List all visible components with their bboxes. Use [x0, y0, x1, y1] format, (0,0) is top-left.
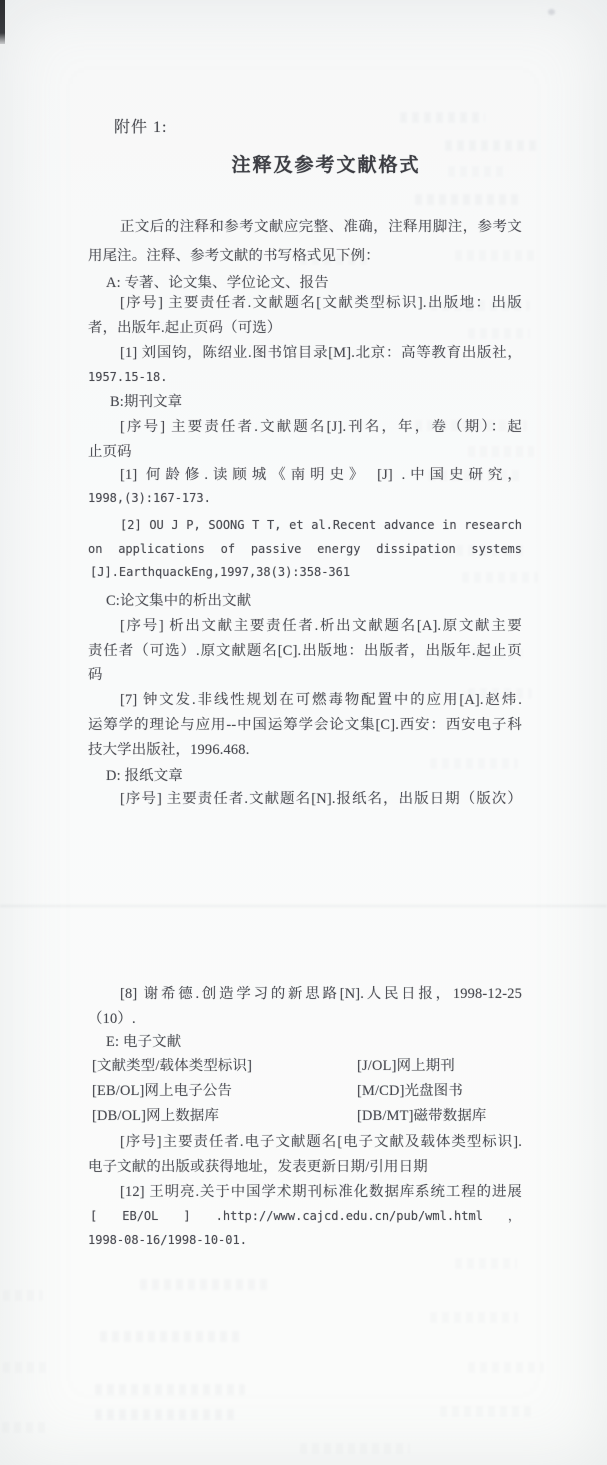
text-line: [EB/OL]网上电子公告 [92, 1081, 232, 1102]
text-line: B:期刊文章 [110, 392, 182, 413]
bleed-through-artifact [455, 1258, 517, 1269]
text-line: [序号] 主要责任者.文献题名[N].报纸名，出版日期（版次） [120, 789, 522, 810]
bleed-through-artifact [100, 1331, 242, 1342]
text-line: 1998-08-16/1998-10-01. [88, 1231, 247, 1252]
bleed-through-artifact [415, 194, 523, 205]
text-line: on applications of passive energy dissip… [88, 540, 522, 561]
bleed-through-artifact [430, 758, 518, 769]
bleed-through-artifact [468, 328, 530, 339]
text-line: 1998,(3):167-173. [88, 489, 211, 510]
text-line: 码 [88, 665, 103, 686]
text-line: [2] OU J P, SOONG T T, et al.Recent adva… [120, 516, 522, 537]
bleed-through-artifact [462, 572, 538, 583]
bleed-through-artifact [3, 1362, 47, 1373]
text-line: 1957.15-18. [88, 368, 167, 389]
text-line: [文献类型/载体类型标识] [92, 1056, 252, 1077]
text-line: [序号]主要责任者.电子文献题名[电子文献及载体类型标识]. [120, 1132, 522, 1153]
text-line: [序号] 主要责任者.文献题名[文献类型标识].出版地：出版 [120, 293, 522, 314]
text-line: [7] 钟文发.非线性规划在可燃毒物配置中的应用[A].赵炜. [120, 690, 522, 711]
text-line: 责任者（可选）.原文献题名[C].出版地：出版者，出版年.起止页 [88, 641, 522, 662]
text-line: 运筹学的理论与应用--中国运筹学会论文集[C].西安：西安电子科 [88, 715, 522, 736]
bleed-through-artifact [140, 1279, 268, 1290]
fold-crease [0, 905, 607, 907]
bleed-through-artifact [468, 446, 534, 457]
text-line: [J/OL]网上期刊 [357, 1056, 455, 1077]
text-line: C:论文集中的析出文献 [106, 591, 251, 612]
text-line: 用尾注。注释、参考文献的书写格式见下例： [88, 246, 380, 267]
bleed-through-artifact [95, 1409, 235, 1420]
text-line: 止页码 [88, 442, 132, 463]
text-line: [ EB/OL ] .http://www.cajcd.edu.cn/pub/w… [90, 1207, 520, 1228]
bleed-through-artifact [455, 250, 535, 261]
bleed-through-artifact [440, 1406, 536, 1417]
text-line: [12] 王明亮.关于中国学术期刊标准化数据库系统工程的进展 [120, 1182, 522, 1203]
text-line: [序号] 析出文献主要责任者.析出文献题名[A].原文献主要 [120, 616, 522, 637]
bleed-through-artifact [95, 1384, 245, 1395]
scan-speck [548, 9, 555, 15]
text-line: 电子文献的出版或获得地址，发表更新日期/引用日期 [88, 1157, 428, 1178]
bleed-through-artifact [300, 1443, 410, 1454]
text-line: E: 电子文献 [106, 1032, 181, 1053]
text-line: D: 报纸文章 [106, 766, 183, 787]
text-line: [J].EarthquackEng,1997,38(3):358-361 [90, 563, 350, 584]
bleed-through-artifact [430, 1312, 518, 1323]
text-line: 技大学出版社，1996.468. [88, 740, 250, 761]
bleed-through-artifact [400, 112, 485, 123]
bleed-through-artifact [468, 1362, 544, 1373]
scanned-document-page: 附件 1: 注释及参考文献格式 正文后的注释和参考文献应完整、准确，注释用脚注，… [0, 0, 607, 1465]
text-line: [8] 谢希德.创造学习的新思路[N].人民日报，1998-12-25 [120, 984, 522, 1005]
attachment-label: 附件 1: [114, 114, 167, 137]
bleed-through-artifact [3, 1290, 43, 1301]
text-line: 正文后的注释和参考文献应完整、准确，注释用脚注，参考文献 [120, 217, 522, 238]
text-line: （10）. [88, 1009, 136, 1030]
scan-edge-mark [0, 0, 5, 44]
text-line: [DB/OL]网上数据库 [92, 1106, 219, 1127]
text-line: 者，出版年.起止页码（可选） [88, 318, 281, 339]
text-line: A: 专著、论文集、学位论文、报告 [106, 273, 329, 294]
text-line: [DB/MT]磁带数据库 [357, 1106, 487, 1127]
text-line: [1] 何龄修.读顾城《南明史》 [J] .中国史研究， [120, 465, 522, 486]
document-title: 注释及参考文献格式 [58, 150, 594, 177]
text-line: [1] 刘国钧，陈绍业.图书馆目录[M].北京：高等教育出版社， [120, 343, 522, 364]
bleed-through-artifact [2, 1422, 50, 1433]
text-line: [序号] 主要责任者.文献题名[J].刊名，年，卷（期）：起 [120, 417, 522, 438]
text-line: [M/CD]光盘图书 [357, 1081, 463, 1102]
